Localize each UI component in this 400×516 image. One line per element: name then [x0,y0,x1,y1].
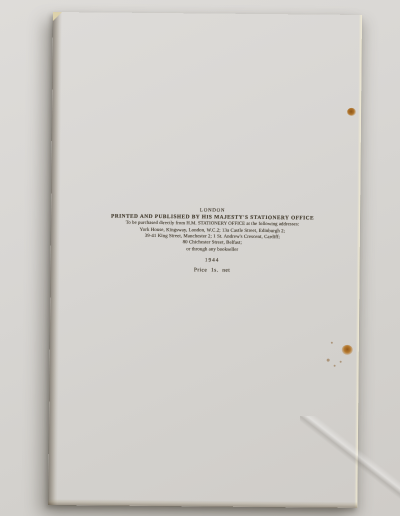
foxing-speck [331,342,333,344]
page-bottom-edge [48,499,357,508]
imprint-year: 1944 [65,256,360,266]
booklet-back-cover: LONDON PRINTED AND PUBLISHED BY HIS MAJE… [48,12,362,508]
bent-corner [53,12,62,21]
rust-stain-lower [342,345,353,355]
rust-stain-upper [347,108,356,116]
foxing-speck [340,361,342,363]
foxing-speck [327,359,330,362]
imprint-block: LONDON PRINTED AND PUBLISHED BY HIS MAJE… [50,206,360,276]
imprint-price: Price 1s. net [64,266,359,276]
photo-backdrop: LONDON PRINTED AND PUBLISHED BY HIS MAJE… [0,0,400,516]
foxing-speck [334,365,336,367]
